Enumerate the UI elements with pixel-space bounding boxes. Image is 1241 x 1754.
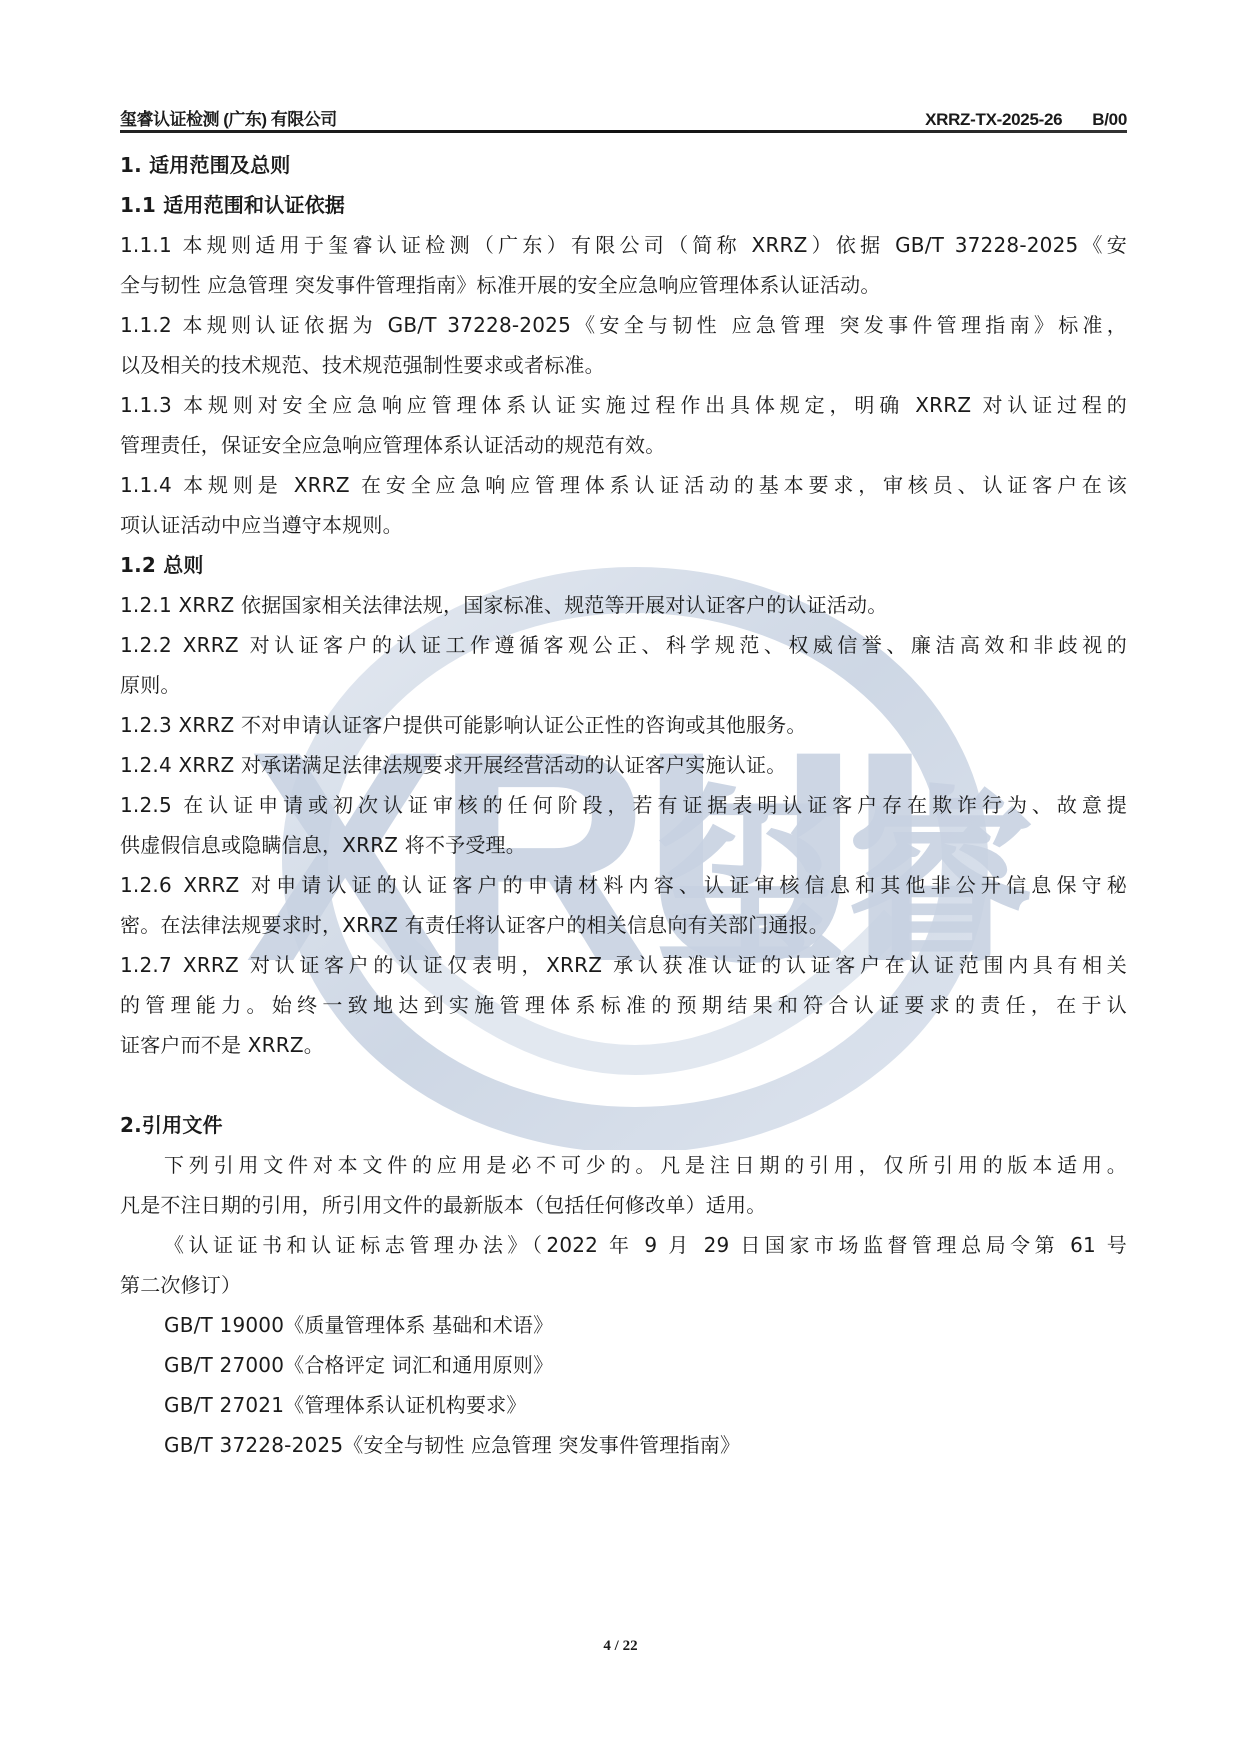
clause-1-2-7-line-2: 的管理能力。始终一致地达到实施管理体系标准的预期结果和符合认证要求的责任，在于认 — [120, 985, 1127, 1025]
section-1-2-heading: 1.2 总则 — [120, 545, 1127, 585]
reference-item: GB/T 27021《管理体系认证机构要求》 — [120, 1385, 1127, 1425]
reference-item: GB/T 19000《质量管理体系 基础和术语》 — [120, 1305, 1127, 1345]
section-2-heading: 2.引用文件 — [120, 1105, 1127, 1145]
header-doc-info: XRRZ-TX-2025-26 B/00 — [925, 110, 1127, 130]
clause-1-2-2-line-2: 原则。 — [120, 665, 1127, 705]
clause-1-1-3-line-2: 管理责任，保证安全应急响应管理体系认证活动的规范有效。 — [120, 425, 1127, 465]
clause-1-2-6-line-2: 密。在法律法规要求时，XRRZ 有责任将认证客户的相关信息向有关部门通报。 — [120, 905, 1127, 945]
section-1-1-heading: 1.1 适用范围和认证依据 — [120, 185, 1127, 225]
reference-item: GB/T 37228-2025《安全与韧性 应急管理 突发事件管理指南》 — [120, 1425, 1127, 1465]
reference-item: GB/T 27000《合格评定 词汇和通用原则》 — [120, 1345, 1127, 1385]
clause-1-2-2-line-1: 1.2.2 XRRZ 对认证客户的认证工作遵循客观公正、科学规范、权威信誉、廉洁… — [120, 625, 1127, 665]
clause-1-1-4-line-2: 项认证活动中应当遵守本规则。 — [120, 505, 1127, 545]
page-number: 4 / 22 — [0, 1638, 1241, 1655]
clause-1-2-5-line-1: 1.2.5 在认证申请或初次认证审核的任何阶段，若有证据表明认证客户存在欺诈行为… — [120, 785, 1127, 825]
header-version: B/00 — [1092, 110, 1127, 130]
section-2-intro-line-4: 第二次修订） — [120, 1265, 1127, 1305]
page-header: 玺睿认证检测 (广东) 有限公司 XRRZ-TX-2025-26 B/00 — [120, 100, 1127, 130]
clause-1-2-7-line-1: 1.2.7 XRRZ 对认证客户的认证仅表明，XRRZ 承认获准认证的认证客户在… — [120, 945, 1127, 985]
clause-1-2-5-line-2: 供虚假信息或隐瞒信息，XRRZ 将不予受理。 — [120, 825, 1127, 865]
header-company-name: 玺睿认证检测 (广东) 有限公司 — [120, 105, 337, 130]
clause-1-2-7-line-3: 证客户而不是 XRRZ。 — [120, 1025, 1127, 1065]
clause-1-1-2-line-1: 1.1.2 本规则认证依据为 GB/T 37228-2025《安全与韧性 应急管… — [120, 305, 1127, 345]
clause-1-2-6-line-1: 1.2.6 XRRZ 对申请认证的认证客户的申请材料内容、认证审核信息和其他非公… — [120, 865, 1127, 905]
clause-1-1-1-line-1: 1.1.1 本规则适用于玺睿认证检测（广东）有限公司（简称 XRRZ）依据 GB… — [120, 225, 1127, 265]
clause-1-2-3: 1.2.3 XRRZ 不对申请认证客户提供可能影响认证公正性的咨询或其他服务。 — [120, 705, 1127, 745]
clause-1-1-2-line-2: 以及相关的技术规范、技术规范强制性要求或者标准。 — [120, 345, 1127, 385]
section-2-intro-line-3: 《认证证书和认证标志管理办法》（2022 年 9 月 29 日国家市场监督管理总… — [120, 1225, 1127, 1265]
clause-1-1-4-line-1: 1.1.4 本规则是 XRRZ 在安全应急响应管理体系认证活动的基本要求，审核员… — [120, 465, 1127, 505]
clause-1-2-1: 1.2.1 XRRZ 依据国家相关法律法规，国家标准、规范等开展对认证客户的认证… — [120, 585, 1127, 625]
section-spacer — [120, 1065, 1127, 1105]
clause-1-1-3-line-1: 1.1.3 本规则对安全应急响应管理体系认证实施过程作出具体规定，明确 XRRZ… — [120, 385, 1127, 425]
clause-1-2-4: 1.2.4 XRRZ 对承诺满足法律法规要求开展经营活动的认证客户实施认证。 — [120, 745, 1127, 785]
section-1-heading: 1. 适用范围及总则 — [120, 145, 1127, 185]
clause-1-1-1-line-2: 全与韧性 应急管理 突发事件管理指南》标准开展的安全应急响应管理体系认证活动。 — [120, 265, 1127, 305]
section-2-intro-line-1: 下列引用文件对本文件的应用是必不可少的。凡是注日期的引用，仅所引用的版本适用。 — [120, 1145, 1127, 1185]
header-divider — [120, 130, 1127, 133]
document-body: 1. 适用范围及总则 1.1 适用范围和认证依据 1.1.1 本规则适用于玺睿认… — [120, 145, 1127, 1465]
section-2-intro-line-2: 凡是不注日期的引用，所引用文件的最新版本（包括任何修改单）适用。 — [120, 1185, 1127, 1225]
header-doc-code: XRRZ-TX-2025-26 — [925, 110, 1062, 130]
